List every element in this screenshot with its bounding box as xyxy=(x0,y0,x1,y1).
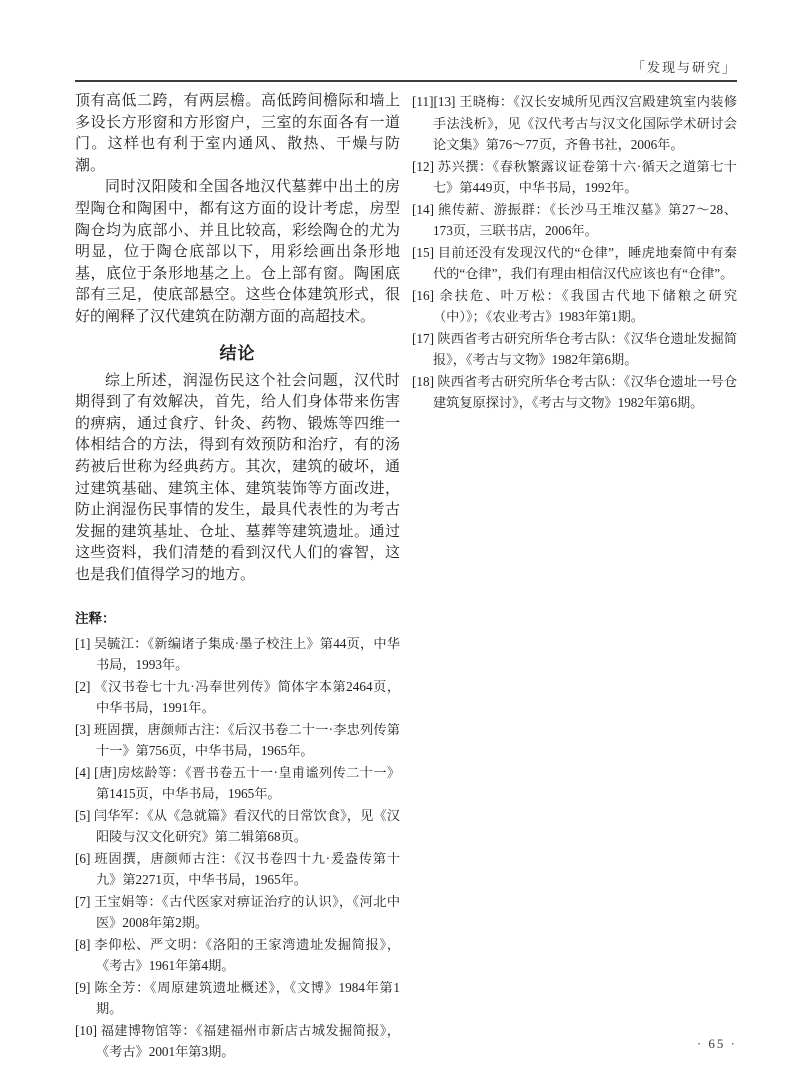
left-column: 顶有高低二跨，有两层檐。高低跨间檐际和墙上多设长方形窗和方形窗户，三室的东面各有… xyxy=(75,91,400,1063)
journal-page: 「发现与研究」 顶有高低二跨，有两层檐。高低跨间檐际和墙上多设长方形窗和方形窗户… xyxy=(0,0,800,1085)
note-text: 目前还没有发现汉代的“仓律”，睡虎地秦简中有秦代的“仓律”，我们有理由相信汉代应… xyxy=(433,245,737,282)
note-id: [12] xyxy=(412,159,434,174)
note-item: [5] 闫华军：《从《急就篇》看汉代的日常饮食》，见《汉阳陵与汉文化研究》第二辑… xyxy=(75,805,400,848)
note-item: [18] 陕西省考古研究所华仓考古队：《汉华仓遗址一号仓建筑复原探讨》，《考古与… xyxy=(412,371,737,414)
note-id: [1] xyxy=(75,636,90,651)
note-item: [3] 班固撰，唐颜师古注：《后汉书卷二十一·李忠列传第十一》第756页，中华书… xyxy=(75,719,400,762)
note-text: 王晓梅：《汉长安城所见西汉宫殿建筑室内装修手法浅析》，见《汉代考古与汉文化国际学… xyxy=(433,94,737,152)
note-item: [11][13] 王晓梅：《汉长安城所见西汉宫殿建筑室内装修手法浅析》，见《汉代… xyxy=(412,91,737,156)
note-id: [4] xyxy=(75,765,90,780)
note-text: 《汉书卷七十九·冯奉世列传》简体字本第2464页，中华书局，1991年。 xyxy=(94,679,400,716)
note-item: [6] 班固撰，唐颜师古注：《汉书卷四十九·爰盎传第十九》第2271页，中华书局… xyxy=(75,848,400,891)
body-paragraph: 同时汉阳陵和全国各地汉代墓葬中出土的房型陶仓和陶囷中，都有这方面的设计考虑，房型… xyxy=(75,177,400,328)
conclusion-paragraph: 综上所述，润湿伤民这个社会问题，汉代时期得到了有效解决，首先，给人们身体带来伤害… xyxy=(75,371,400,587)
note-text: 陕西省考古研究所华仓考古队：《汉华仓遗址发掘简报》，《考古与文物》1982年第6… xyxy=(433,331,737,368)
note-text: 余扶危、叶万松：《我国古代地下储粮之研究（中）》；《农业考古》1983年第1期。 xyxy=(433,288,737,325)
note-id: [5] xyxy=(75,808,90,823)
note-text: 班固撰，唐颜师古注：《汉书卷四十九·爰盎传第十九》第2271页，中华书局，196… xyxy=(95,851,401,888)
note-id: [11][13] xyxy=(412,94,455,109)
page-number: · 65 · xyxy=(697,1036,737,1052)
note-text: 吴毓江：《新编诸子集成·墨子校注上》第44页，中华书局，1993年。 xyxy=(94,636,400,673)
note-id: [15] xyxy=(412,245,434,260)
header-rule xyxy=(75,80,737,82)
note-item: [10] 福建博物馆等：《福建福州市新店古城发掘简报》，《考古》2001年第3期… xyxy=(75,1020,400,1063)
page-content: 「发现与研究」 顶有高低二跨，有两层檐。高低跨间檐际和墙上多设长方形窗和方形窗户… xyxy=(75,0,737,1063)
conclusion-heading: 结论 xyxy=(75,339,400,364)
notes-label: 注释： xyxy=(75,608,400,630)
note-item: [9] 陈全芳：《周原建筑遗址概述》，《文博》1984年第1期。 xyxy=(75,977,400,1020)
note-text: 福建博物馆等：《福建福州市新店古城发掘简报》，《考古》2001年第3期。 xyxy=(96,1023,400,1060)
note-item: [4] [唐]房炫龄等：《晋书卷五十一·皇甫谧列传二十一》第1415页，中华书局… xyxy=(75,762,400,805)
note-text: 苏兴撰：《春秋繁露议证卷第十六·循天之道第七十七》第449页，中华书局，1992… xyxy=(433,159,737,196)
note-item: [12] 苏兴撰：《春秋繁露议证卷第十六·循天之道第七十七》第449页，中华书局… xyxy=(412,156,737,199)
note-id: [18] xyxy=(412,374,434,389)
note-item: [14] 熊传薪、游振群：《长沙马王堆汉墓》第27～28、173页，三联书店，2… xyxy=(412,199,737,242)
note-id: [2] xyxy=(75,679,90,694)
running-head: 「发现与研究」 xyxy=(75,0,737,76)
two-column-layout: 顶有高低二跨，有两层檐。高低跨间檐际和墙上多设长方形窗和方形窗户，三室的东面各有… xyxy=(75,91,737,1063)
note-text: [唐]房炫龄等：《晋书卷五十一·皇甫谧列传二十一》第1415页，中华书局，196… xyxy=(94,765,400,802)
note-text: 班固撰，唐颜师古注：《后汉书卷二十一·李忠列传第十一》第756页，中华书局，19… xyxy=(94,722,400,759)
note-item: [17] 陕西省考古研究所华仓考古队：《汉华仓遗址发掘简报》，《考古与文物》19… xyxy=(412,328,737,371)
note-text: 熊传薪、游振群：《长沙马王堆汉墓》第27～28、173页，三联书店，2006年。 xyxy=(433,202,737,239)
note-id: [7] xyxy=(75,894,90,909)
right-column: [11][13] 王晓梅：《汉长安城所见西汉宫殿建筑室内装修手法浅析》，见《汉代… xyxy=(412,91,737,1063)
note-id: [9] xyxy=(75,980,90,995)
note-text: 陈全芳：《周原建筑遗址概述》，《文博》1984年第1期。 xyxy=(94,980,400,1017)
note-item: [7] 王宝娟等：《古代医家对痹证治疗的认识》，《河北中医》2008年第2期。 xyxy=(75,891,400,934)
note-item: [8] 李仰松、严文明：《洛阳的王家湾遗址发掘简报》，《考古》1961年第4期。 xyxy=(75,934,400,977)
note-id: [16] xyxy=(412,288,434,303)
note-id: [14] xyxy=(412,202,434,217)
note-id: [17] xyxy=(412,331,434,346)
note-id: [10] xyxy=(75,1023,97,1038)
body-paragraph: 顶有高低二跨，有两层檐。高低跨间檐际和墙上多设长方形窗和方形窗户，三室的东面各有… xyxy=(75,91,400,177)
note-id: [8] xyxy=(75,937,90,952)
note-text: 李仰松、严文明：《洛阳的王家湾遗址发掘简报》，《考古》1961年第4期。 xyxy=(94,937,400,974)
note-id: [6] xyxy=(75,851,90,866)
note-text: 王宝娟等：《古代医家对痹证治疗的认识》，《河北中医》2008年第2期。 xyxy=(94,894,400,931)
note-item: [2] 《汉书卷七十九·冯奉世列传》简体字本第2464页，中华书局，1991年。 xyxy=(75,676,400,719)
note-id: [3] xyxy=(75,722,90,737)
note-item: [15] 目前还没有发现汉代的“仓律”，睡虎地秦简中有秦代的“仓律”，我们有理由… xyxy=(412,242,737,285)
note-item: [16] 余扶危、叶万松：《我国古代地下储粮之研究（中）》；《农业考古》1983… xyxy=(412,285,737,328)
note-text: 闫华军：《从《急就篇》看汉代的日常饮食》，见《汉阳陵与汉文化研究》第二辑第68页… xyxy=(94,808,400,845)
note-text: 陕西省考古研究所华仓考古队：《汉华仓遗址一号仓建筑复原探讨》，《考古与文物》19… xyxy=(433,374,737,411)
note-item: [1] 吴毓江：《新编诸子集成·墨子校注上》第44页，中华书局，1993年。 xyxy=(75,633,400,676)
